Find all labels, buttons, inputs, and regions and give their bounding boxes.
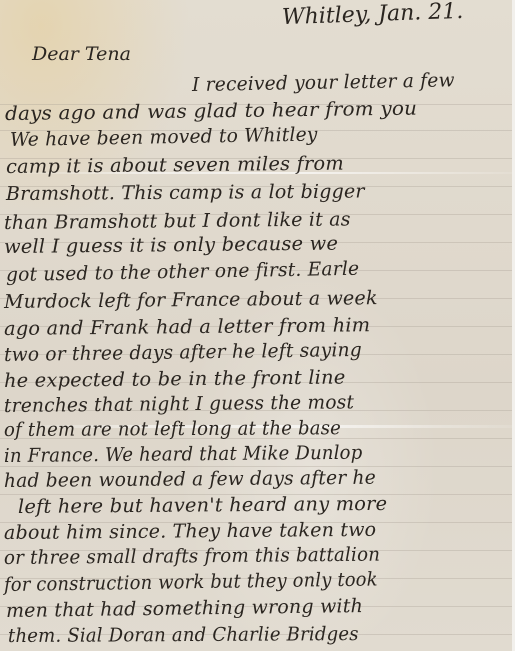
letter-line: for construction work but they only took	[4, 568, 378, 596]
letter-line: left here but haven't heard any more	[18, 493, 387, 518]
letter-line: Murdock left for France about a week	[4, 287, 378, 313]
salutation: Dear Tena	[32, 43, 131, 65]
letter-line: about him since. They have taken two	[4, 519, 376, 544]
letter-line: I received your letter a few	[192, 69, 455, 96]
letter-line: got used to the other one first. Earle	[6, 258, 360, 286]
letter-page: Whitley, Jan. 21. Dear Tena I received y…	[0, 0, 515, 651]
place-date-heading: Whitley, Jan. 21.	[282, 0, 464, 30]
letter-line: he expected to be in the front line	[4, 366, 346, 392]
letter-line: well I guess it is only because we	[4, 233, 338, 258]
letter-line: them. Sial Doran and Charlie Bridges	[8, 623, 359, 647]
letter-line: in France. We heard that Mike Dunlop	[4, 442, 363, 467]
letter-line: had been wounded a few days after he	[4, 467, 376, 492]
letter-line: Bramshott. This camp is a lot bigger	[6, 180, 365, 205]
letter-line: trenches that night I guess the most	[4, 391, 354, 417]
letter-line: We have been moved to Whitley	[10, 124, 318, 151]
letter-line: camp it is about seven miles from	[6, 153, 344, 178]
letter-line: ago and Frank had a letter from him	[4, 314, 371, 340]
letter-line: two or three days after he left saying	[4, 339, 362, 366]
letter-line: or three small drafts from this battalio…	[4, 544, 380, 569]
letter-line: men that had something wrong with	[6, 595, 363, 622]
letter-line: days ago and was glad to hear from you	[5, 98, 417, 125]
letter-line: of them are not left long at the base	[4, 417, 341, 441]
letter-line: than Bramshott but I dont like it as	[4, 208, 351, 234]
